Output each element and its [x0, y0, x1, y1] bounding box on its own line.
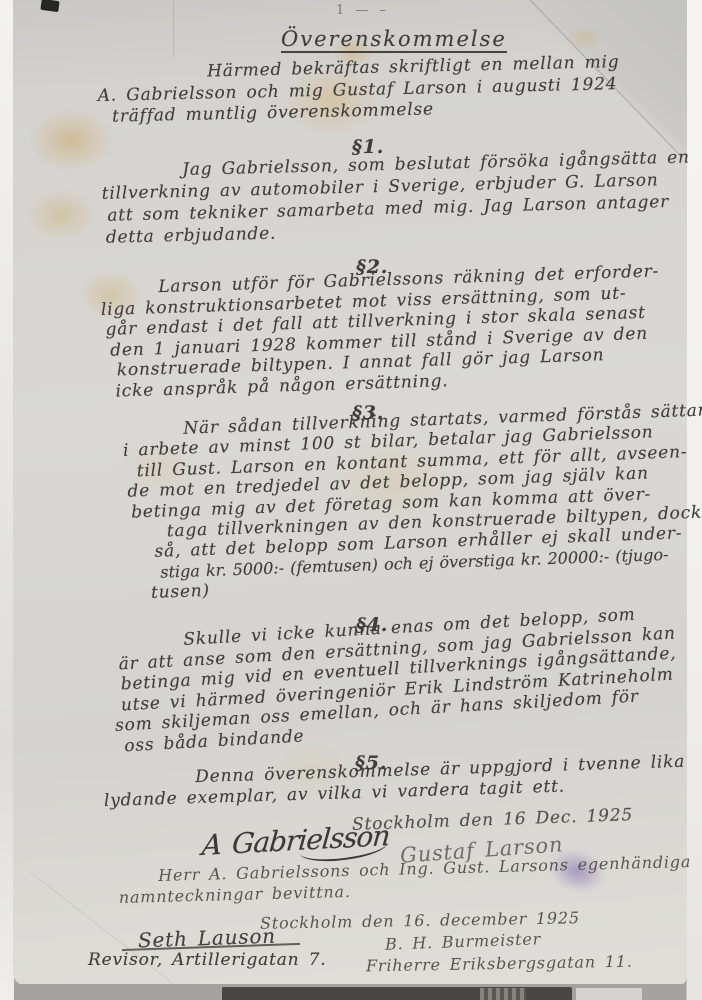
background-object-stripes: [480, 988, 526, 1000]
witness-left-details: Revisor, Artillerigatan 7.: [88, 950, 326, 970]
section-2-body: Larson utför för Gabrielssons räkning de…: [100, 261, 663, 402]
top-crease: [173, 0, 174, 58]
section-1-body: Jag Gabrielsson, som beslutat försöka ig…: [97, 147, 692, 249]
backdrop-left-strip: [0, 0, 14, 1000]
document-title: Överenskommelse: [281, 27, 507, 51]
intro-paragraph: Härmed bekräftas skriftligt en mellan mi…: [95, 52, 621, 128]
corner-ink-mark: [40, 0, 59, 12]
section-3-body: När sådan tillverkning startats, varmed …: [118, 400, 702, 605]
background-object-light: [576, 988, 642, 1000]
document-photo: 1 — – Överenskommelse Härmed bekräftas s…: [0, 0, 702, 1000]
page-number-mark: 1 — –: [336, 3, 388, 18]
